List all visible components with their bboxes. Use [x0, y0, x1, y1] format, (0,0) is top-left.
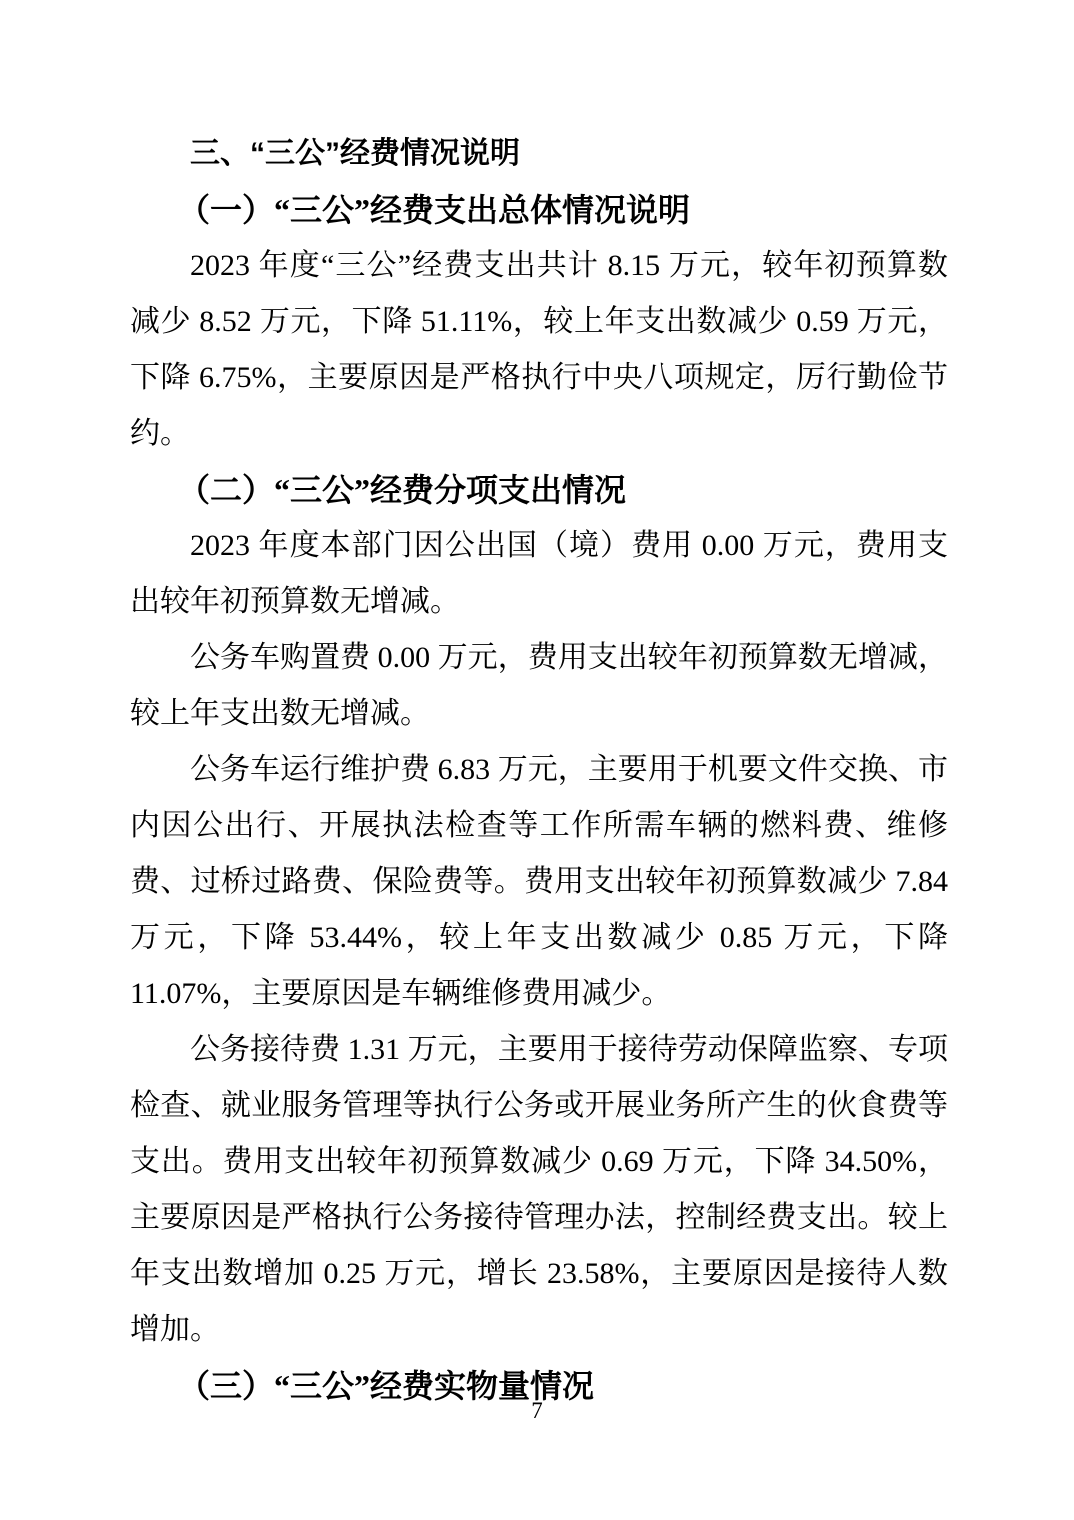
- paragraph-overseas-travel: 2023 年度本部门因公出国（境）费用 0.00 万元，费用支出较年初预算数无增…: [130, 518, 948, 630]
- paragraph-vehicle-purchase: 公务车购置费 0.00 万元，费用支出较年初预算数无增减，较上年支出数无增减。: [130, 630, 948, 742]
- paragraph-vehicle-maintenance: 公务车运行维护费 6.83 万元，主要用于机要文件交换、市内因公出行、开展执法检…: [130, 742, 948, 1022]
- section-heading-sub-1: （一）“三公”经费支出总体情况说明: [130, 182, 948, 238]
- document-page: 三、“三公”经费情况说明 （一）“三公”经费支出总体情况说明 2023 年度“三…: [0, 0, 1074, 1520]
- section-heading-sub-2: （二）“三公”经费分项支出情况: [130, 462, 948, 518]
- paragraph-total-expenditure: 2023 年度“三公”经费支出共计 8.15 万元，较年初预算数减少 8.52 …: [130, 238, 948, 462]
- paragraph-official-reception: 公务接待费 1.31 万元，主要用于接待劳动保障监察、专项检查、就业服务管理等执…: [130, 1022, 948, 1358]
- document-body: 三、“三公”经费情况说明 （一）“三公”经费支出总体情况说明 2023 年度“三…: [130, 126, 948, 1414]
- page-number: 7: [0, 1396, 1074, 1426]
- section-heading-main: 三、“三公”经费情况说明: [130, 126, 948, 182]
